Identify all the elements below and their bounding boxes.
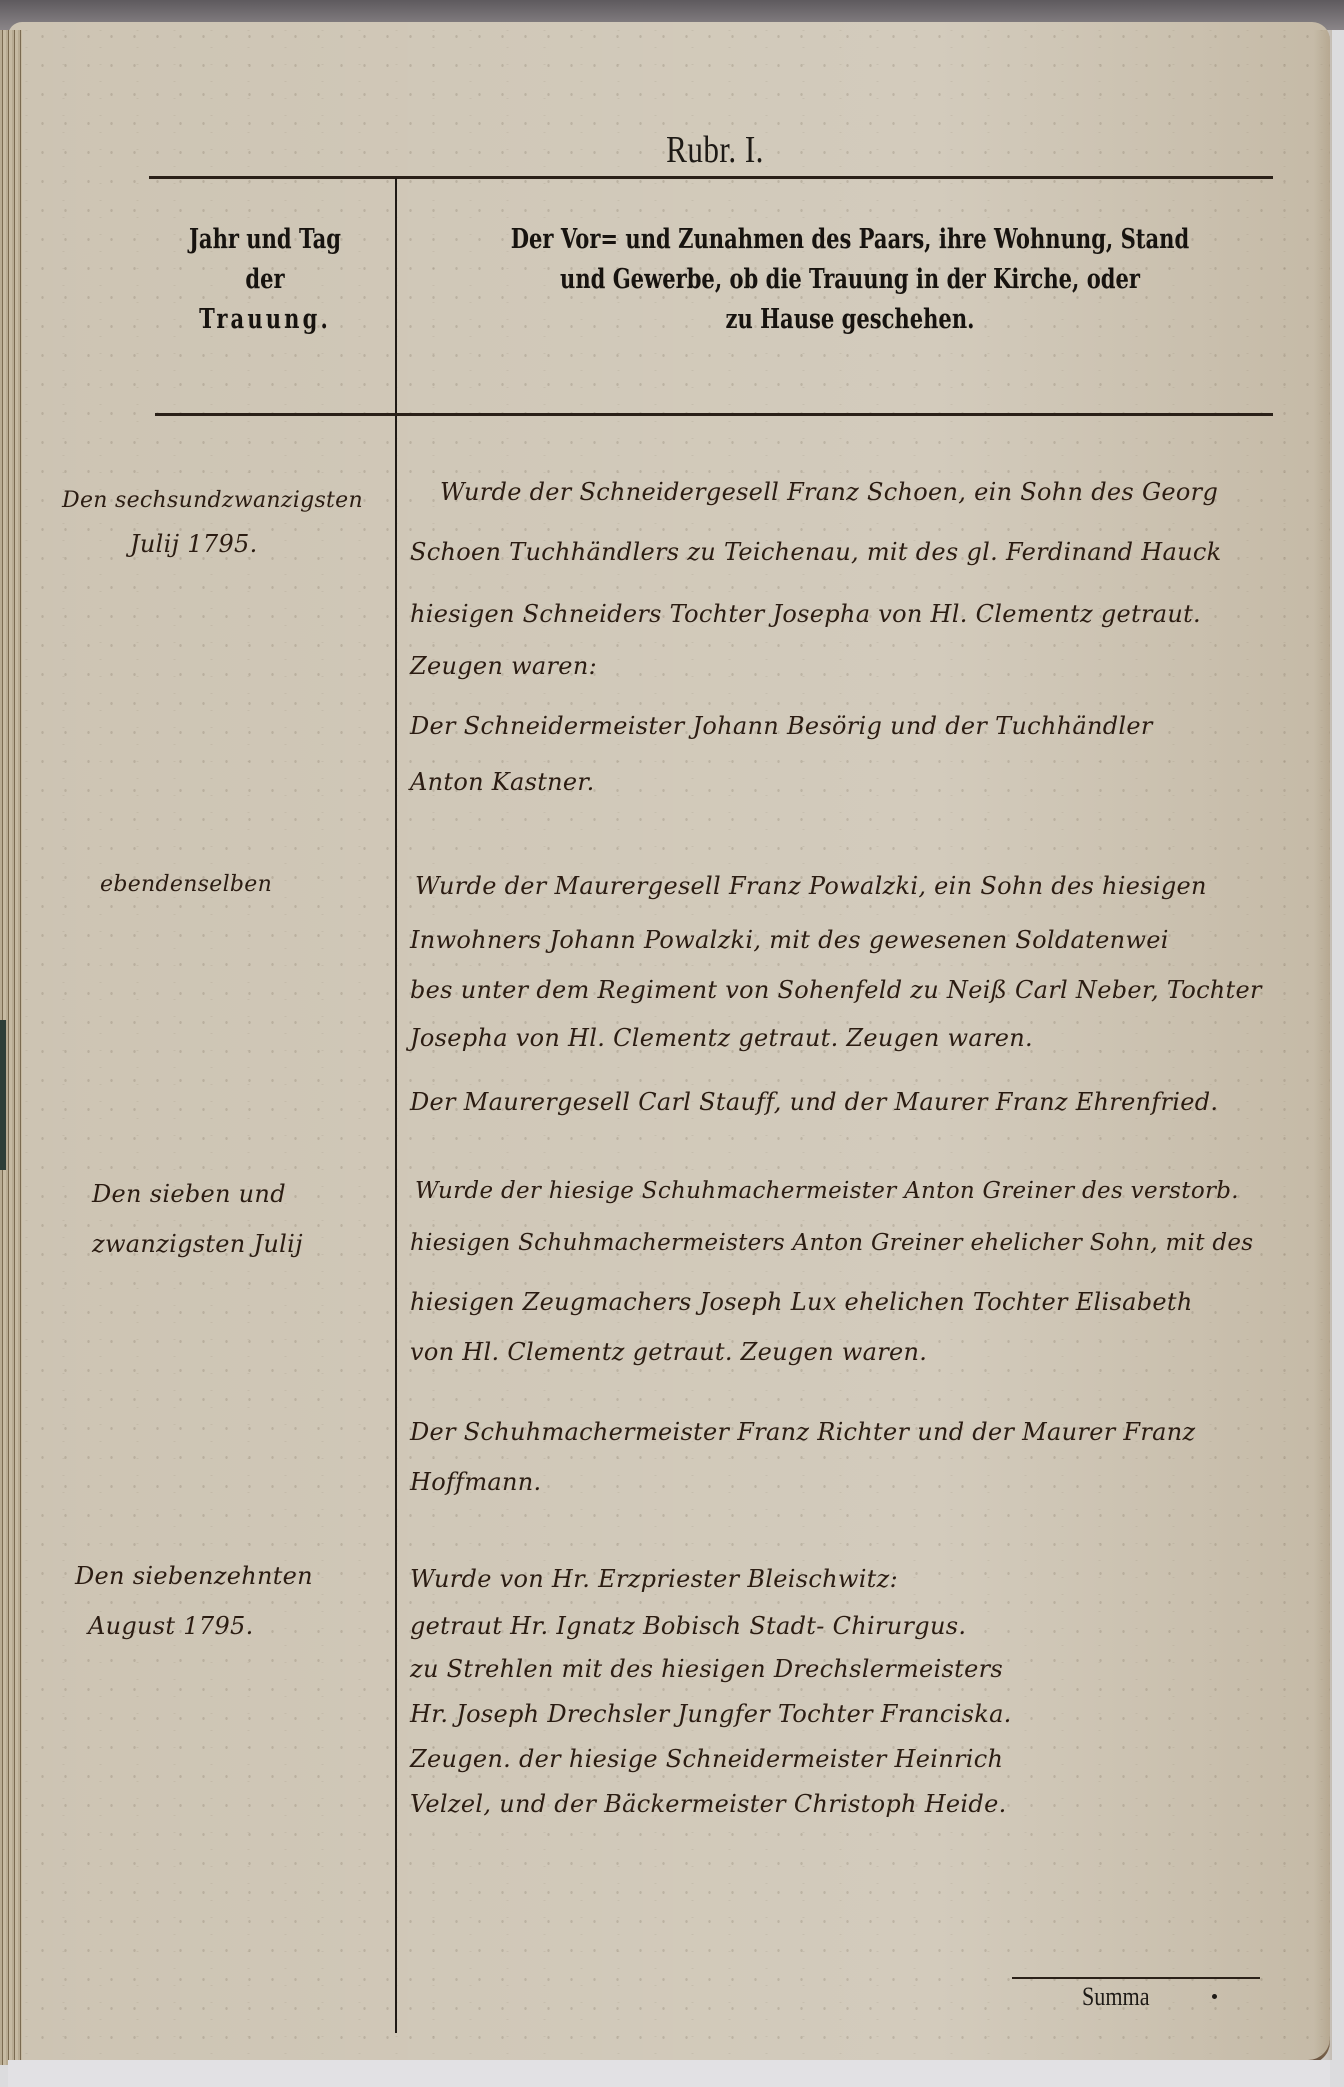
entry-text-line: hiesigen Schuhmachermeisters Anton Grein… xyxy=(410,1230,1253,1256)
entry-date-line: Den sechsundzwanzigsten xyxy=(62,488,363,513)
entry-text-line: Schoen Tuchhändlers zu Teichenau, mit de… xyxy=(410,538,1221,566)
entry-text-line: Der Schuhmachermeister Franz Richter und… xyxy=(410,1418,1195,1446)
entry-date-line: Julij 1795. xyxy=(130,530,258,558)
entry-text-line: Wurde der hiesige Schuhmachermeister Ant… xyxy=(415,1178,1239,1204)
summa-value-dot xyxy=(1212,1994,1217,1999)
entry-text-line: Josepha von Hl. Clementz getraut. Zeugen… xyxy=(410,1024,1033,1052)
header-line: und Gewerbe, ob die Trauung in der Kirch… xyxy=(452,260,1248,300)
entry-text-line: bes unter dem Regiment von Sohenfeld zu … xyxy=(410,976,1262,1004)
entry-text-line: Der Schneidermeister Johann Besörig und … xyxy=(410,712,1153,740)
entry-date-line: August 1795. xyxy=(88,1612,254,1640)
summa-label: Summa xyxy=(1082,1982,1150,2012)
entry-date-line: Den siebenzehnten xyxy=(75,1562,313,1590)
header-line: Der Vor= und Zunahmen des Paars, ihre Wo… xyxy=(452,220,1248,260)
top-rule xyxy=(149,176,1273,179)
entry-text-line: Hoffmann. xyxy=(410,1468,541,1496)
entry-text-line: Wurde der Maurergesell Franz Powalzki, e… xyxy=(415,872,1207,900)
entry-text-line: Wurde der Schneidergesell Franz Schoen, … xyxy=(440,478,1218,506)
entry-text-line: Zeugen. der hiesige Schneidermeister Hei… xyxy=(410,1745,1003,1773)
entry-date-line: ebendenselben xyxy=(100,872,272,897)
entry-text-line: Der Maurergesell Carl Stauff, und der Ma… xyxy=(410,1088,1218,1116)
entry-text-line: von Hl. Clementz getraut. Zeugen waren. xyxy=(410,1338,927,1366)
header-line: zu Hause geschehen. xyxy=(452,300,1248,340)
entry-text-line: Hr. Joseph Drechsler Jungfer Tochter Fra… xyxy=(410,1700,1012,1728)
header-line: Jahr und Tag xyxy=(152,220,378,260)
entry-text-line: Inwohners Johann Powalzki, mit des gewes… xyxy=(410,926,1169,954)
page-right-edge xyxy=(1314,30,1332,2060)
column-header-date: Jahr und Tag der Trauung. xyxy=(152,220,378,340)
header-line: der xyxy=(152,260,378,300)
summa-rule xyxy=(1012,1977,1260,1979)
entry-date-line: Den sieben und xyxy=(92,1180,286,1208)
header-bottom-rule xyxy=(155,413,1273,416)
entry-text-line: getraut Hr. Ignatz Bobisch Stadt- Chirur… xyxy=(410,1612,966,1640)
entry-text-line: Velzel, und der Bäckermeister Christoph … xyxy=(410,1790,1007,1818)
rubric-title: Rubr. I. xyxy=(621,128,810,172)
entry-text-line: hiesigen Schneiders Tochter Josepha von … xyxy=(410,600,1201,628)
column-divider xyxy=(395,178,397,2033)
entry-text-line: zu Strehlen mit des hiesigen Drechslerme… xyxy=(410,1655,1003,1683)
entry-text-line: Wurde von Hr. Erzpriester Bleischwitz: xyxy=(410,1565,898,1593)
entry-text-line: hiesigen Zeugmachers Joseph Lux eheliche… xyxy=(410,1288,1193,1316)
scan-background-bottom xyxy=(8,2060,1330,2087)
entry-text-line: Anton Kastner. xyxy=(410,768,595,796)
column-header-names: Der Vor= und Zunahmen des Paars, ihre Wo… xyxy=(452,220,1248,340)
entry-date-line: zwanzigsten Julij xyxy=(92,1230,303,1258)
entry-text-line: Zeugen waren: xyxy=(410,652,597,680)
binding-ribbon xyxy=(0,1020,6,1170)
header-line: Trauung. xyxy=(152,300,378,340)
